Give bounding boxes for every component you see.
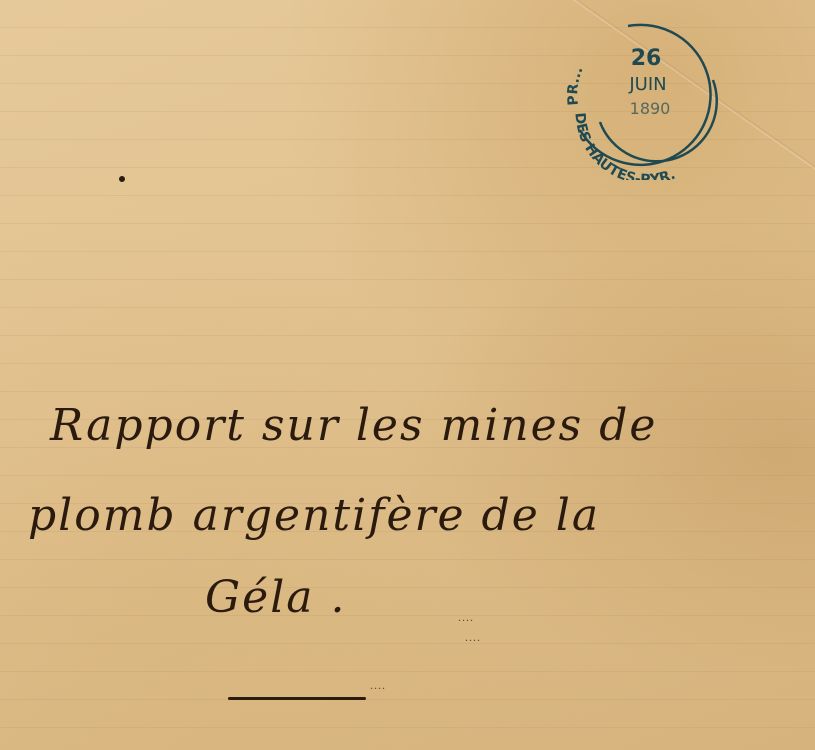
ink-dot	[119, 176, 125, 182]
title-underline	[228, 697, 366, 700]
filler-mark: ....	[458, 610, 474, 625]
postmark-year: 1890	[630, 99, 671, 118]
postmark-ring-bottom: DES HAUTES-PYR.	[571, 112, 677, 180]
title-line-3: Géla .	[205, 572, 346, 623]
filler-mark: ....	[370, 678, 386, 693]
postmark-stamp: PR... DES HAUTES-PYR. 26 JUIN 1890	[558, 10, 728, 180]
filler-mark: ....	[465, 630, 481, 645]
manuscript-page: PR... DES HAUTES-PYR. 26 JUIN 1890 Rappo…	[0, 0, 815, 750]
postmark-month: JUIN	[628, 74, 666, 95]
title-line-1: Rapport sur les mines de	[50, 400, 657, 451]
postmark-ring-top: PR...	[565, 64, 586, 106]
title-line-2: plomb argentifère de la	[28, 490, 600, 541]
postmark-day: 26	[631, 46, 662, 71]
svg-text:DES HAUTES-PYR.: DES HAUTES-PYR.	[571, 112, 677, 180]
svg-text:PR...: PR...	[565, 64, 586, 106]
